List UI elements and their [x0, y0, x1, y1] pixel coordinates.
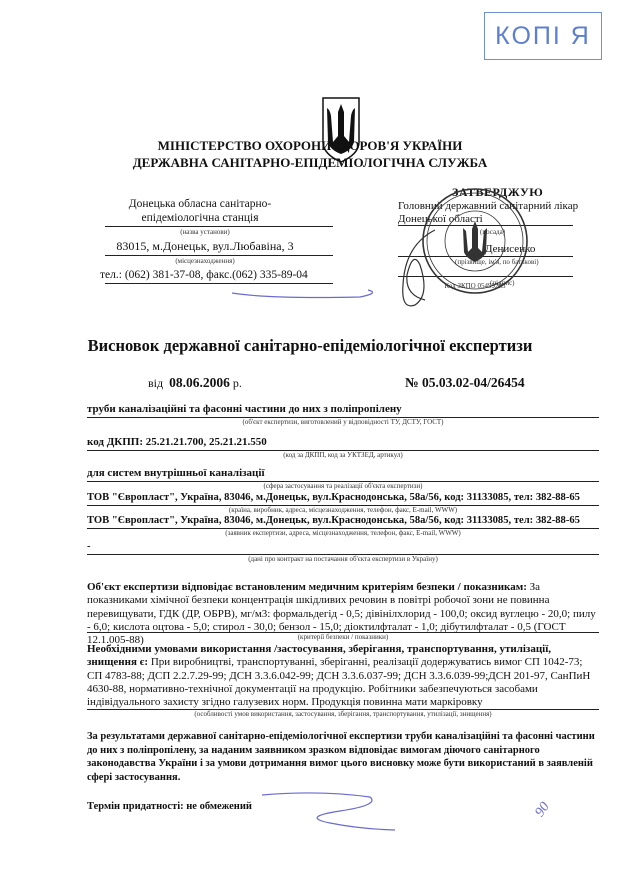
- field-caption: (країна, виробник, адреса, місцезнаходже…: [87, 506, 599, 514]
- field-caption: (код за ДКПП, код за УКТЗЕД, артикул): [87, 451, 599, 459]
- field-value: ТОВ "Європласт", Україна, 83046, м.Донец…: [87, 491, 599, 504]
- institution-name-line2: епідеміологічна станція: [100, 211, 300, 225]
- conditions-text: При виробництві, транспортуванні, зберіг…: [87, 656, 590, 708]
- divider: [105, 226, 333, 227]
- field-caption: (сфера застосування та реалізації об'єкт…: [87, 482, 599, 490]
- conditions-caption: (особливості умов використання, застосув…: [87, 710, 599, 718]
- field-caption: (заявник експертизи, адреса, місцезнаход…: [87, 529, 599, 537]
- field-value: для систем внутрішньої каналізації: [87, 467, 599, 480]
- safety-lead: Об'єкт експертизи відповідає встановлени…: [87, 581, 527, 593]
- document-title: Висновок державної санітарно-епідеміолог…: [0, 336, 620, 356]
- safety-caption: (критерії безпеки / показники): [87, 633, 599, 641]
- handwritten-page-number: 90: [532, 800, 553, 821]
- field-value: труби каналізаційні та фасонні частини д…: [87, 403, 599, 416]
- institution-name-caption: (назва установи): [100, 228, 310, 236]
- service-name: ДЕРЖАВНА САНІТАРНО-ЕПІДЕМІОЛОГІЧНА СЛУЖБ…: [0, 154, 620, 171]
- seal-code: Код ЗКПО 05499283: [445, 282, 506, 290]
- field-caption: (дані про контракт на постачання об'єкта…: [87, 555, 599, 563]
- date-prefix: від: [148, 376, 163, 390]
- conclusion-text: За результатами державної санітарно-епід…: [87, 730, 607, 784]
- field-value: ТОВ "Європласт", Україна, 83046, м.Донец…: [87, 514, 599, 527]
- divider: [105, 255, 333, 256]
- date-suffix: р.: [233, 376, 242, 390]
- document-number: № 05.03.02-04/26454: [405, 375, 525, 391]
- institution-address-caption: (місцезнаходження): [100, 257, 310, 265]
- document-date: 08.06.2006: [169, 375, 230, 390]
- institution-phones: тел.: (062) 381-37-08, факс.(062) 335-89…: [100, 268, 330, 282]
- field-value: код ДКПП: 25.21.21.700, 25.21.21.550: [87, 436, 599, 449]
- field-value: -: [87, 540, 599, 553]
- pen-stroke: [230, 285, 380, 310]
- document-date-line: від 08.06.2006 р.: [148, 375, 242, 391]
- pen-stroke: [260, 785, 400, 835]
- divider: [105, 283, 333, 284]
- ministry-name: МІНІСТЕРСТВО ОХОРОНИ ЗДОРОВ'Я УКРАЇНИ: [0, 137, 620, 154]
- signature: [395, 225, 445, 315]
- shelf-life: Термін придатності: не обмежений: [87, 801, 252, 812]
- institution-address: 83015, м.Донецьк, вул.Любавіна, 3: [95, 239, 315, 253]
- usage-conditions: Необхідними умовами використання /застос…: [87, 643, 599, 709]
- institution-name-line1: Донецька обласна санітарно-: [100, 197, 300, 211]
- field-caption: (об'єкт експертизи, виготовлений у відпо…: [87, 418, 599, 426]
- copy-stamp: КОПІ Я: [484, 12, 602, 60]
